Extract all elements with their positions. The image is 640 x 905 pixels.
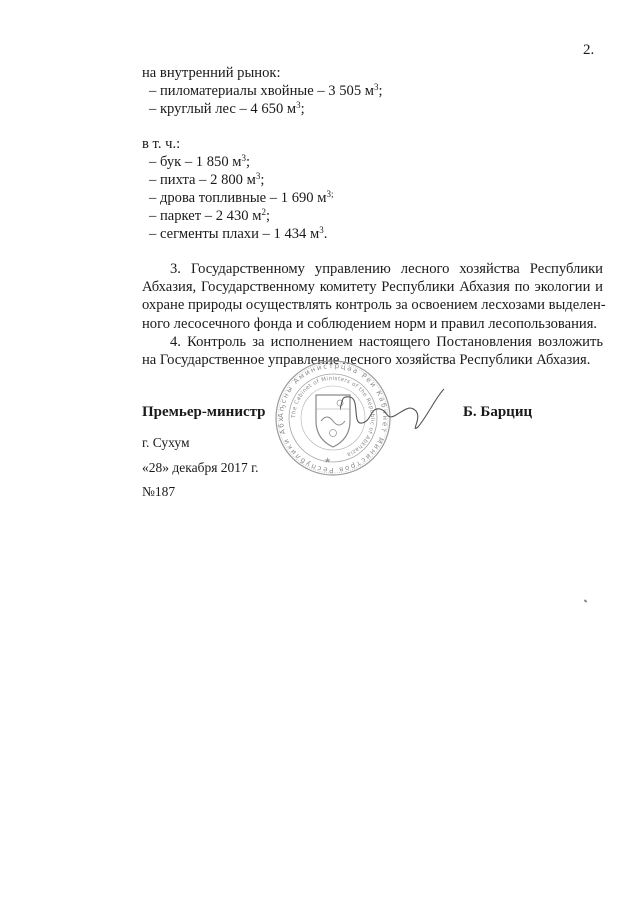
page-number: 2. xyxy=(583,42,594,59)
list-item: – дрова топливные – 1 690 м3; xyxy=(149,189,334,207)
list-item: – сегменты плахи – 1 434 м3. xyxy=(149,225,327,243)
date: «28» декабря 2017 г. xyxy=(142,459,259,477)
document-number: №187 xyxy=(142,483,175,501)
signatory-name: Б. Барциц xyxy=(463,403,532,421)
svg-text:★: ★ xyxy=(324,456,331,465)
domestic-heading: на внутренний рынок: xyxy=(142,64,281,82)
city: г. Сухум xyxy=(142,434,190,452)
clause-3: 3. Государственному управлению лесного х… xyxy=(142,260,603,333)
handwritten-signature xyxy=(340,385,450,440)
signatory-title: Премьер-министр xyxy=(142,403,266,421)
list-item: – круглый лес – 4 650 м3; xyxy=(149,100,305,118)
list-item: – пихта – 2 800 м3; xyxy=(149,171,264,189)
including-heading: в т. ч.: xyxy=(142,135,180,153)
scan-artifact xyxy=(584,599,588,602)
list-item: – пиломатериалы хвойные – 3 505 м3; xyxy=(149,82,383,100)
list-item: – бук – 1 850 м3; xyxy=(149,153,250,171)
list-item: – паркет – 2 430 м2; xyxy=(149,207,270,225)
